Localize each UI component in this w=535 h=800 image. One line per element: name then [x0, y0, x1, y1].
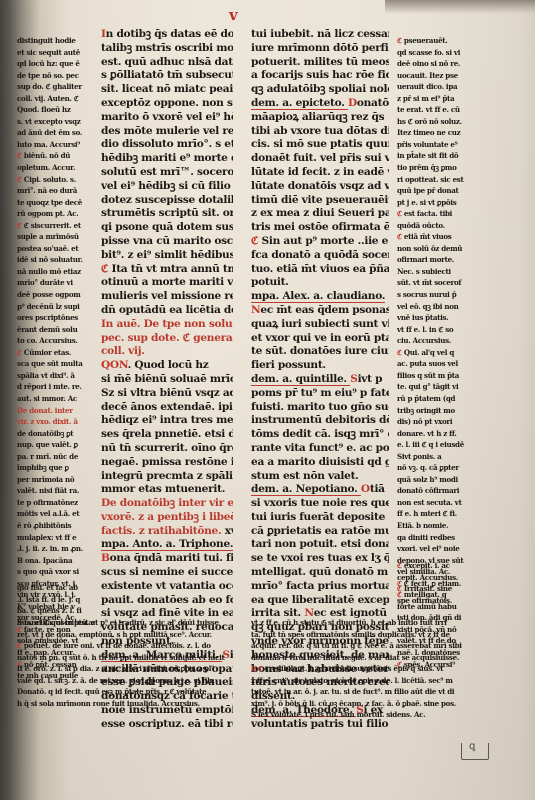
paragraph-mark-icon: ℭ [397, 232, 404, 241]
text-line: dem. a. epicteto. Donatō [251, 97, 389, 111]
gloss-line: nā nullo mō etiaz [17, 266, 87, 278]
gloss-line: opletum. Accur. [17, 162, 87, 174]
text-line: strumētis scriptū sit. omi [101, 207, 233, 221]
gloss-line: gio fisi. et fac ab [17, 582, 95, 594]
gloss-line: B ona. Ipacāna [17, 555, 87, 567]
gloss-line: vnē ius p̄tatis. [397, 312, 473, 324]
gloss-line: ℭ excepit. i. ac [397, 560, 473, 572]
text-line: a focarijs suis hac rōe fictiś [251, 69, 389, 83]
text-line: fuisti. marito tuo gn̄o suo [251, 401, 389, 415]
text-line: vel ei⁹ hēdibꝫ si cū filio suo [101, 180, 233, 194]
gloss-line: nō vꝫ. q. cā ꝑpter [397, 462, 473, 474]
text-line: dn̄ oputādū ea licētia deē [101, 304, 233, 318]
gloss-line: coll. vij. Auten. ℭ [17, 93, 87, 105]
gloss-line: non est secuta. vt [397, 497, 473, 509]
gloss-line: sūt. vt m̄t socerof [397, 277, 473, 289]
initial-capital: I [101, 28, 106, 40]
gloss-line: te erat. vt ff e. cū [397, 104, 473, 116]
gloss-line: tutoē. vt in ar. ō. j. ar. tu. si de fuc… [251, 686, 476, 698]
text-line: existente vt vatantia occu [101, 580, 233, 594]
text-line: vxorē. z a pentibꝫ i libeōs [101, 511, 233, 525]
text-line: iure mrīmonn dōtō perfici [251, 42, 389, 56]
gloss-line: ta. fuit tn̄ spes ofirmatōnis similis du… [251, 629, 476, 641]
gloss-line: rū p p̄tatem (qd [397, 393, 473, 405]
gloss-line: ℭ ℭ siscurrerit. et [17, 220, 87, 232]
gloss-line: ℭ Irritasit. sine [397, 583, 473, 595]
signature-mark: ꝗ [469, 741, 475, 752]
gloss-line: S tancillā. oscriptū. et p⁹ ei tradirū. … [17, 617, 237, 629]
gloss-line: ℭ pseuerauēt. [397, 35, 473, 47]
gloss-line: s quo quā vxor si [17, 566, 87, 578]
gloss-line: non solū ōz demū [397, 243, 473, 255]
text-line: ℭ Ita tn̄ vt mtra annū tm [101, 263, 233, 277]
text-line: si m̄ē biēnū soluaē mrīo™ [101, 373, 233, 387]
gloss-line: .l. j. ii. z. in. m ꝓn. [17, 543, 87, 555]
initial-capital: ℭ [251, 235, 258, 247]
text-line: pec. sup dote. ℭ generalit. [101, 332, 233, 346]
gloss-line: ērant demū solu [17, 324, 87, 336]
gloss-line: ē rō ꝓhibitōnis [17, 520, 87, 532]
gloss-line: mulaplex: vt ff e [17, 532, 87, 544]
gloss-line: to co. Accursius. [17, 335, 87, 347]
folio-mark: v [229, 6, 238, 24]
text-line: timū diē vite pseuerauēit [251, 194, 389, 208]
gloss-line: valēt. nisi fiāt ra. [17, 485, 87, 497]
gloss-line: ciu. Accursius. [397, 335, 473, 347]
gloss-line: te p ofirmatōnez [17, 497, 87, 509]
text-line: pauit. donatōes ab eo fce [101, 594, 233, 608]
gloss-line: per mrīmoia nō [17, 474, 87, 486]
text-line: stum est nōn valet. [251, 470, 389, 484]
text-line: coll. vij. [101, 345, 233, 359]
text-line: negaē. pmissa restōne in [101, 456, 233, 470]
gloss-line: ba. ℭ qnens z. l. fi [17, 605, 95, 617]
gloss-line: xim⁹. j. ō bōis q̄ li. cū oꝫ ēcapn. z fa… [251, 698, 476, 710]
gloss-line: h q̄ si sola mrīmonn rone fuit inualida.… [17, 698, 237, 710]
gloss-line: deē posse ogpom [17, 289, 87, 301]
text-line: mulieris vel missione repu [101, 290, 233, 304]
gloss-line: ff e. orō. z. l. si p dia. z si sic alte… [17, 663, 237, 675]
gloss-line: rū ogpom pt. Ac. [17, 208, 87, 220]
text-line: pisse vna cū marito oscri [101, 235, 233, 249]
text-line: potuit. [251, 276, 389, 290]
text-line: z ex mea z diui Seueri pa [251, 207, 389, 221]
gloss-line: donare. vt h z ff. [397, 428, 473, 440]
text-line: cis. si mō sue pt̄atis quum [251, 138, 389, 152]
gloss-line: vt z ff e. cū h statu ℭ si diuortiū. h e… [251, 617, 476, 629]
gloss-line: sup do. ℭ ghaliter [17, 81, 87, 93]
text-line: solutū est mrī™. socero etiā [101, 166, 233, 180]
text-line: quaꝝ iuri subiecti sunt vir [251, 318, 389, 332]
gloss-line: ℭ Qui. al'q vel q [397, 347, 473, 359]
text-line: lūtate id fecit. z in eadē vo [251, 166, 389, 180]
gloss-line: ff e. h mteri ℭ fi. [397, 508, 473, 520]
text-line: In auē. De tpe non solu. [101, 318, 233, 332]
text-line: factis. z ratihabitōne. xvi [101, 525, 233, 539]
gloss-line: in pt̄ate sit fit dō [397, 150, 473, 162]
text-line: In dotibꝫ q̄s datas eē do [101, 28, 233, 42]
gloss-line: Etiā. b nomie. [397, 520, 473, 532]
text-line: ses q̄rela pnnetiē. etsi decē [101, 428, 233, 442]
gloss-line: z ff e. cnt⁹. sic i plato. vt ā de epis … [251, 675, 476, 687]
gloss-line: b ℭ credibilent. h gr̄a vitādi suspitōni… [251, 663, 476, 675]
text-line: marito ō vxorē vel ei⁹ hē [101, 111, 233, 125]
gloss-line: pt j e. si vt ꝑpōis [397, 197, 473, 209]
gloss-line: qa diniti redbes [397, 532, 473, 544]
text-line: De donatōibꝫ inter vir et [101, 497, 233, 511]
paragraph-mark-icon: ℭ [17, 221, 24, 230]
text-line: mrīo° facta prius mortua [251, 580, 389, 594]
gloss-line: qd scasse fo. si vi [397, 47, 473, 59]
gloss-line: donatō cōfirmari [397, 485, 473, 497]
text-line: nū tn̄ scurrerit. oīno q̄rela [101, 442, 233, 456]
gloss-line: suple a mrīmōsū [17, 231, 87, 243]
gloss-line: p⁹ decēnū lz supi [17, 301, 87, 313]
text-line: dem. a. quintille. Sivt p [251, 373, 389, 387]
gloss-line: quā solz h⁹ modi [397, 474, 473, 486]
gloss-line: acquir. rer. do. q̄ si tū m fi. g ℭ Nec … [251, 640, 476, 652]
paragraph-mark-icon: ℭ [17, 175, 24, 184]
gloss-line: Nec. s subiecti [397, 266, 473, 278]
gloss-line: De donat. inter [17, 405, 87, 417]
text-line: qꝫ adulatōibꝫ spoliai nolo [251, 83, 389, 97]
gloss-line: mōtis vel a.l.ā. et [17, 508, 87, 520]
paragraph-mark-icon: ℭ [17, 641, 24, 650]
gloss-line: mrīo° durāte vi [17, 277, 87, 289]
initial-capital: ℭ [101, 263, 108, 275]
gloss-line: e. l. iii ℭ q i eiusdē [397, 439, 473, 451]
text-line: fca donatō a quōdā socero [251, 249, 389, 263]
text-line: dotez suscepisse dotalibꝫ in [101, 194, 233, 208]
text-line: potuerit. milites tū meos [251, 56, 389, 70]
text-line: donaēt fuit. vel pr̄is sui vo [251, 152, 389, 166]
gloss-line: ℭ Cipi. soluto. s. [17, 174, 87, 186]
gloss-line: dis) nō pt vxori [397, 416, 473, 428]
bottom-gloss-left: S tancillā. oscriptū. et p⁹ ei tradirū. … [17, 617, 237, 709]
page-top-edge-shadow [385, 0, 535, 14]
text-line: ℭ Sin aut p⁹ morte ..iie e [251, 235, 389, 249]
gloss-line: mrī°. nā eo durā [17, 185, 87, 197]
initial-capital: S [350, 373, 357, 385]
text-line: Bona q̄ndā mariti tui. fi [101, 552, 233, 566]
gloss-line: ad ānū det ēm so. [17, 127, 87, 139]
initial-capital: D [348, 97, 357, 109]
text-line: otinuū a morte mariti vel [101, 276, 233, 290]
gloss-line: distinguit hodie [17, 35, 87, 47]
text-line: instrumentū debitoris dō [251, 414, 389, 428]
gloss-line: luto ma. Accursi⁹ [17, 139, 87, 151]
gloss-line: Sivt ꝑonis. a [397, 451, 473, 463]
gloss-line: ℭ etiā m̄t viuos [397, 231, 473, 243]
gloss-line: hs ℭ orō nō soluz. [397, 116, 473, 128]
gloss-line: aut. si mmor. Ac [17, 393, 87, 405]
gloss-line: s socrus nurui p̄ [397, 289, 473, 301]
gloss-line: Donatō. q id fecit. quū esꝫ m p̄tate pr̄… [17, 686, 237, 698]
gloss-line: quū ipe pr̄ donat [397, 185, 473, 197]
text-line: mpa. Alex. a. claudiano. [251, 290, 389, 304]
gloss-line: vel eō. qꝫ ibi non [397, 301, 473, 313]
right-gloss-tail: ℭ excepit. i. accepit. Accursius.ℭ Irrit… [397, 560, 473, 606]
text-line: qi psone quā dotem susce [101, 221, 233, 235]
gloss-line: idē si nō soluatur. [17, 254, 87, 266]
gloss-line: ri opotteat. sic est [397, 174, 473, 186]
gloss-line: vxori. vel ei⁹ noie [397, 543, 473, 555]
text-line: hēdiqz ei⁹ intra tres mens [101, 414, 233, 428]
text-line: ea que liberalitatē excepit [251, 594, 389, 608]
gloss-line: vir. z vxo. dixit. ā [17, 416, 87, 428]
text-line: rante vita funct⁹ e. ac post [251, 442, 389, 456]
text-line: dem. a. Nepotiano. Otiā [251, 483, 389, 497]
gloss-line: nup. que valēt. ꝑ [17, 439, 87, 451]
text-line: tibi ab vxore tua dōtas di [251, 125, 389, 139]
gloss-line: sca que sūt multa [17, 358, 87, 370]
gloss-line: donatas a viro. nuc illud negaē. s al' d… [251, 652, 476, 664]
gloss-line: tio prēm q̄ꝫ ꝑmo [397, 162, 473, 174]
initial-capital: B [101, 552, 110, 564]
text-line: decē ānos extendaē. ipi [101, 401, 233, 415]
gloss-line: d rēpori i mte. re. [17, 381, 87, 393]
gloss-line: valē qd. l. sicꝫ. z. ā. de rei ven. si v… [17, 675, 237, 687]
gloss-line: pr̄is voluntate e⁹ [397, 139, 473, 151]
gloss-line: filios q sūt m p̄ta [397, 370, 473, 382]
paragraph-mark-icon: ℭ [397, 348, 404, 357]
text-line: dio dissoluto mrīo°. s etiā [101, 138, 233, 152]
gloss-line: ℭ est facta. tibi [397, 208, 473, 220]
text-line: scus si nemine ei succesfore [101, 566, 233, 580]
gloss-line: ℭ biēnū. nō dū [17, 150, 87, 162]
gloss-line: īmphibꝫ que ꝑ [17, 462, 87, 474]
text-line: s ꝑōlliatatō tm̄ subsecuta [101, 69, 233, 83]
paragraph-mark-icon: ℭ [17, 151, 24, 160]
gloss-line: ac. puta suos vel [397, 358, 473, 370]
text-line: integrū precmta z spālit. si [101, 470, 233, 484]
gloss-line: tribꝫ oringit mo [397, 405, 473, 417]
gloss-line: de donatōibꝫ ꝑt [17, 428, 87, 440]
text-line: hēdibꝫ mariti e⁹ morte dis [101, 152, 233, 166]
gloss-line: uerauit dico. ipa [397, 81, 473, 93]
gloss-line: quōdā oūcto. [397, 220, 473, 232]
gloss-line: ℭ potuēt. de iure oni. vt ff de donaē. a… [17, 640, 237, 652]
text-line: des mōte mulerie vel repu [101, 125, 233, 139]
gloss-line: et sic sequit autē [17, 47, 87, 59]
paragraph-mark-icon: ℭ [397, 584, 404, 593]
text-line: Nec m̄t eas q̄dem psonaś [251, 304, 389, 318]
text-line: est. quū adhuc nlsā datio [101, 56, 233, 70]
gloss-line: ofirmari morte. [397, 254, 473, 266]
gloss-line: te. qui g° tāgit vi [397, 381, 473, 393]
text-line: tuo. etiā m̄t viuos ea p̄ña [251, 263, 389, 277]
signature-mark-box: ꝗ [461, 743, 489, 760]
gloss-line: te quoqz tpe decē [17, 197, 87, 209]
text-line: poms pr̄ tu⁹ m eiu⁹ p fate [251, 387, 389, 401]
text-line: te sūt. donatōes iure ciuili [251, 345, 389, 359]
text-line: bit⁹. z ei⁹ simlit hēdibus. [101, 249, 233, 263]
text-line: tōms dedit cā. isqꝫ mrī° du [251, 428, 389, 442]
gloss-line: Itez timeo ne cuz [397, 127, 473, 139]
gloss-line: spālia vt dixi⁹. ā [17, 370, 87, 382]
text-line: tui iubebit. nā licz cessante [251, 28, 389, 42]
gloss-line: ℭ Cūmior etas. [17, 347, 87, 359]
text-line: talibꝫ mstrīs oscribi moiś [101, 42, 233, 56]
bottom-gloss-right: vt z ff e. cū h statu ℭ si diuortiū. h e… [251, 617, 476, 721]
gloss-line: s. vt excepto vsqz [17, 116, 87, 128]
text-line: ea a marito diuisisti qd ge [251, 456, 389, 470]
gloss-line: natōs m ꝑn. q sūt ō. h tn̄ nō ꝑpt militi… [17, 652, 237, 664]
initial-capital: N [251, 304, 260, 316]
text-line: esse oscriptuz. eā tibi resti [101, 718, 233, 732]
text-line: māapioꝝ aliarūqꝫ rez q̄s [251, 111, 389, 125]
text-line: Sz si vltra biēnū vsqz ad [101, 387, 233, 401]
text-line: QON. Quod locū hz [101, 359, 233, 373]
gloss-line: z pr̄ si m ei⁹ p̄ta [397, 93, 473, 105]
gloss-line: .l. istā ff. d le. j. q [17, 594, 95, 606]
gloss-line: de tpe nō so. pec [17, 70, 87, 82]
text-line: mmor etas mtuenerit. [101, 483, 233, 497]
text-line: cā ꝑprietatis ea ratōe mu [251, 525, 389, 539]
text-line: mtelligat. quū donatō m [251, 566, 389, 580]
gloss-line: Quod. floeū hz [17, 104, 87, 116]
gloss-line: ret. vt j de dona. emptōnū. s h ꝑpt mili… [17, 629, 237, 641]
paragraph-mark-icon: ℭ [397, 36, 404, 45]
text-line: tris mei ostōe ofirmata ē [251, 221, 389, 235]
gloss-line: vt ff e. l. in ℭ so [397, 324, 473, 336]
gloss-line: ores pscriptōnes [17, 312, 87, 324]
paragraph-mark-icon: ℭ [397, 561, 404, 570]
text-line: exceptōz oppone. non solū [101, 97, 233, 111]
text-line: tui iuris fuerāt deposite sūt [251, 511, 389, 525]
text-line: mpa. Anto. a. Triphone. [101, 538, 233, 552]
text-line: si vxoris tue noie res que [251, 497, 389, 511]
initial-capital: QON [101, 359, 128, 371]
paragraph-mark-icon: b ℭ [251, 664, 265, 673]
gloss-line: cepit. Accursius. [397, 572, 473, 584]
text-line: tari non potuit. etsi donaś [251, 538, 389, 552]
paragraph-mark-icon: ℭ [17, 348, 24, 357]
gloss-line: qd locū hz: que ē [17, 58, 87, 70]
text-line: lūtate donatōis vsqz ad vl [251, 180, 389, 194]
gloss-line: pa. r mrī. nūc de [17, 451, 87, 463]
text-line: et vxor qui ve in eorū pt̄a [251, 332, 389, 346]
text-line: sit. liceat nō miatc peaime [101, 83, 233, 97]
gloss-line: postea so'uaē. et [17, 243, 87, 255]
paragraph-mark-icon: ℭ [397, 209, 404, 218]
gloss-line: deē oino si nō re. [397, 58, 473, 70]
initial-capital: O [361, 483, 370, 495]
gloss-line: spe ofirmatōis. [397, 595, 473, 607]
gloss-line: S iex volūtate. i p̄ris tui. iam mortui.… [251, 709, 476, 721]
text-line: fieri possunt. [251, 359, 389, 373]
text-line: se te vxoi res tuas ex lʒ q̄s [251, 552, 389, 566]
gloss-line: uocauit. Itez pse [397, 70, 473, 82]
